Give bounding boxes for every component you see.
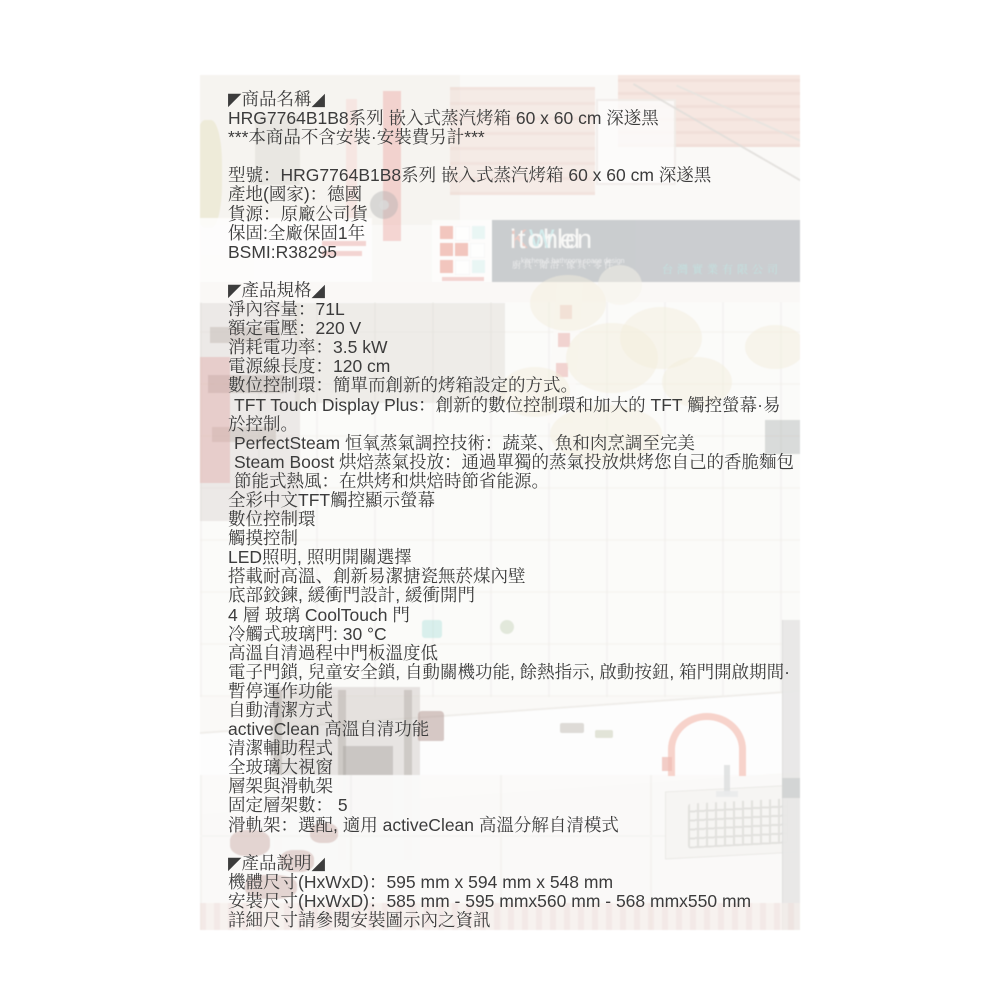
- text-line: TFT Touch Display Plus：創新的數位控制環和加大的 TFT …: [228, 396, 788, 415]
- text-line: 數位控制環: [228, 510, 788, 529]
- text-line: BSMI:R38295: [228, 243, 788, 262]
- text-line: Steam Boost 烘焙蒸氣投放：通過單獨的蒸氣投放烘烤您自己的香脆麵包: [228, 453, 788, 472]
- text-line: HRG7764B1B8系列 嵌入式蒸汽烤箱 60 x 60 cm 深遂黑: [228, 109, 788, 128]
- text-line: ◤產品說明◢: [228, 854, 788, 873]
- text-line: 額定電壓：220 V: [228, 319, 788, 338]
- text-line: 4 層 玻璃 CoolTouch 門: [228, 606, 788, 625]
- text-line: 暫停運作功能: [228, 682, 788, 701]
- text-line: [228, 147, 788, 166]
- text-line: 安裝尺寸(HxWxD)：585 mm - 595 mmx560 mm - 568…: [228, 892, 788, 911]
- text-line: [228, 835, 788, 854]
- text-line: activeClean 高溫自清功能: [228, 720, 788, 739]
- text-line: ◤產品規格◢: [228, 281, 788, 300]
- text-line: 固定層架數： 5: [228, 796, 788, 815]
- text-line: 型號：HRG7764B1B8系列 嵌入式蒸汽烤箱 60 x 60 cm 深遂黑: [228, 166, 788, 185]
- text-line: 淨內容量：71L: [228, 300, 788, 319]
- text-line: PerfectSteam 恒氧蒸氣調控技術：蔬菜、魚和肉烹調至完美: [228, 434, 788, 453]
- product-description-text: ◤商品名稱◢HRG7764B1B8系列 嵌入式蒸汽烤箱 60 x 60 cm 深…: [228, 90, 788, 930]
- text-line: 電源線長度：120 cm: [228, 357, 788, 376]
- text-line: [228, 262, 788, 281]
- text-line: 清潔輔助程式: [228, 739, 788, 758]
- text-line: 滑軌架：選配, 適用 activeClean 高溫分解自清模式: [228, 816, 788, 835]
- text-line: 於控制。: [228, 415, 788, 434]
- text-line: 貨源：原廠公司貨: [228, 205, 788, 224]
- text-line: 層架與滑軌架: [228, 777, 788, 796]
- text-line: 冷觸式玻璃門: 30 °C: [228, 625, 788, 644]
- text-line: 詳細尺寸請參閱安裝圖示內之資訊: [228, 911, 788, 930]
- text-line: 產地(國家)：德國: [228, 185, 788, 204]
- text-line: ◤商品名稱◢: [228, 90, 788, 109]
- text-line: 消耗電功率：3.5 kW: [228, 338, 788, 357]
- text-line: 搭載耐高溫、創新易潔搪瓷無菸煤內壁: [228, 567, 788, 586]
- text-line: 保固:全廠保固1年: [228, 224, 788, 243]
- text-line: 數位控制環：簡單而創新的烤箱設定的方式。: [228, 376, 788, 395]
- text-line: ***本商品不含安裝·安裝費另計***: [228, 128, 788, 147]
- text-line: 機體尺寸(HxWxD)：595 mm x 594 mm x 548 mm: [228, 873, 788, 892]
- text-line: 觸摸控制: [228, 529, 788, 548]
- text-line: 節能式熱風：在烘烤和烘焙時節省能源。: [228, 472, 788, 491]
- text-line: LED照明, 照明開關選擇: [228, 548, 788, 567]
- text-line: 自動清潔方式: [228, 701, 788, 720]
- text-line: 高溫自清過程中門板溫度低: [228, 644, 788, 663]
- text-line: 全彩中文TFT觸控顯示螢幕: [228, 491, 788, 510]
- text-line: 全玻璃大視窗: [228, 758, 788, 777]
- product-page: R Kitchen World 廚具·衛浴·傢具·零件 kitchen & ba…: [0, 0, 1000, 1000]
- text-line: 底部鉸鍊, 緩衝門設計, 緩衝開門: [228, 586, 788, 605]
- text-line: 電子門鎖, 兒童安全鎖, 自動關機功能, 餘熱指示, 啟動按鈕, 箱門開啟期間·: [228, 663, 788, 682]
